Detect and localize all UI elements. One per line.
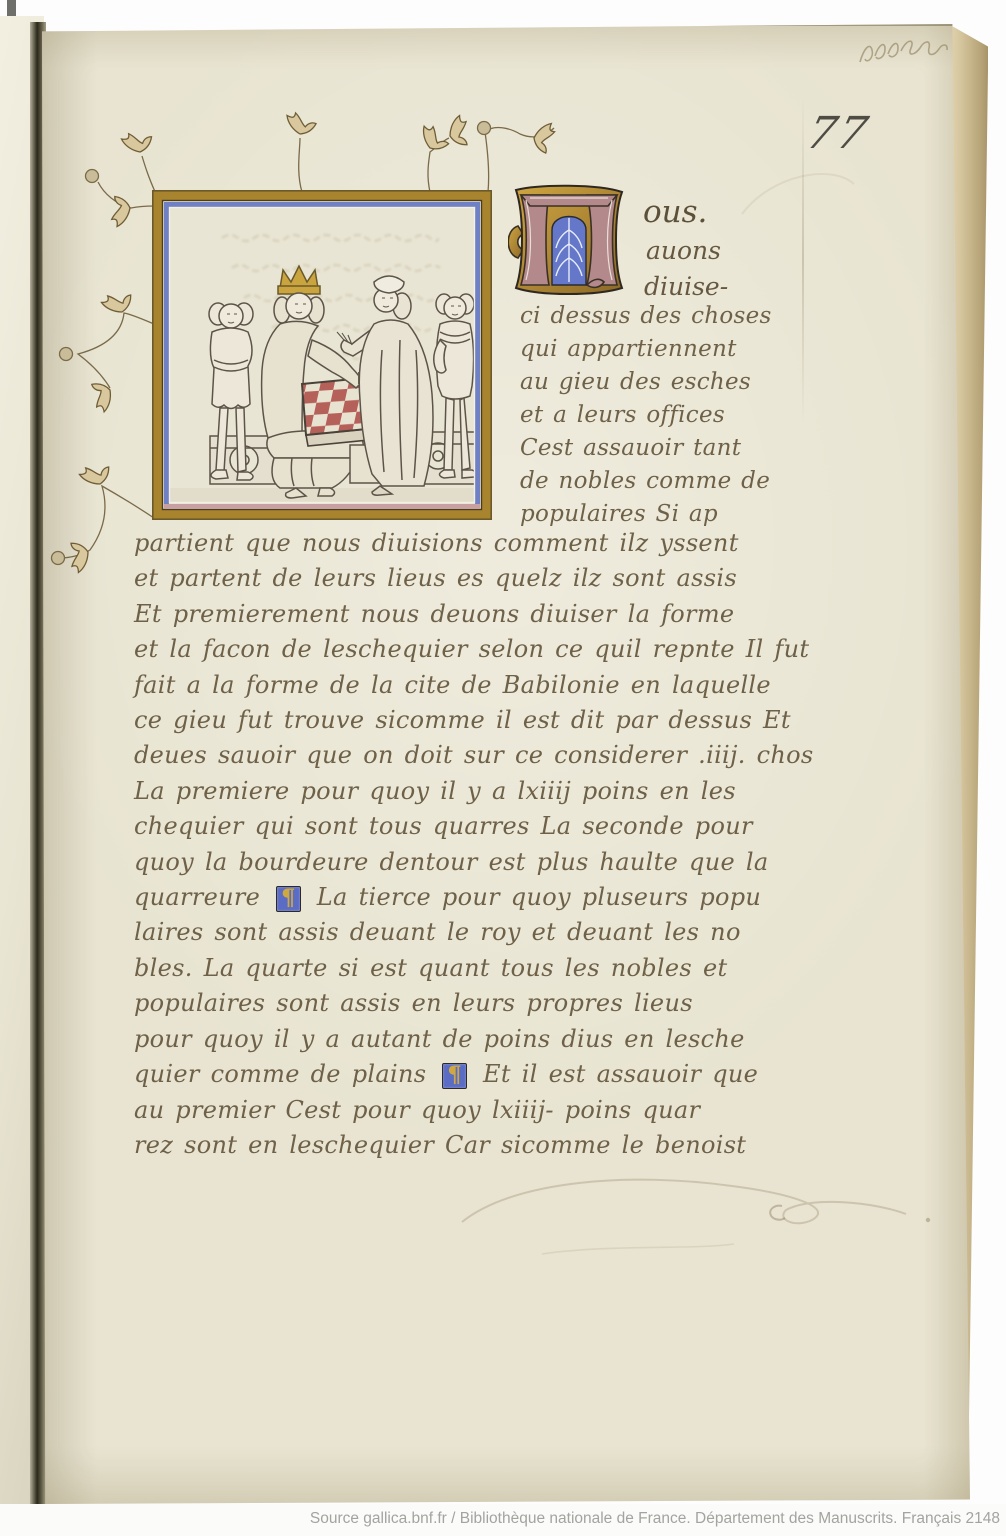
opening-word-1: ous. — [643, 194, 707, 230]
manuscript-page: ous. auons diuise- ci dessus des chosesq… — [42, 24, 970, 1504]
illuminated-initial-N — [508, 182, 630, 298]
pen-flourish — [422, 1150, 962, 1270]
manuscript-text-line: au premier Cest pour quoy lxiiij- poins … — [134, 1093, 813, 1128]
initial-counter — [552, 217, 586, 286]
manuscript-text-line: fait a la forme de la cite de Babilonie … — [134, 668, 813, 703]
text-block-main: partient que nous diuisions comment ilz … — [134, 526, 813, 1163]
inscription-scribble — [854, 30, 958, 72]
manuscript-text-line: et a leurs offices — [520, 399, 772, 432]
caption-bar: Source gallica.bnf.fr / Bibliothèque nat… — [0, 1504, 1006, 1536]
manuscript-text-line: partient que nous diuisions comment ilz … — [134, 526, 813, 561]
manuscript-text-line: bles. La quarte si est quant tous les no… — [134, 951, 813, 986]
manuscript-text-line: Et premierement nous deuons diuiser la f… — [134, 597, 813, 632]
manuscript-text-line: quoy la bourdeure dentour est plus hault… — [134, 845, 813, 880]
pilcrow-mark: ¶ — [442, 1063, 467, 1089]
manuscript-text-line: populaires sont assis en leurs propres l… — [134, 986, 813, 1021]
manuscript-text-line: quarreure ¶ La tierce pour quoy pluseurs… — [134, 880, 813, 915]
manuscript-text-line: ci dessus des choses — [520, 300, 772, 333]
manuscript-text-line: et partent de leurs lieus es quelz ilz s… — [134, 561, 813, 596]
pilcrow-mark: ¶ — [276, 886, 301, 912]
manuscript-text-line: ce gieu fut trouve sicomme il est dit pa… — [134, 703, 813, 738]
caption-text: Source gallica.bnf.fr / Bibliothèque nat… — [310, 1510, 1000, 1527]
manuscript-text-line: deues sauoir que on doit sur ce consider… — [134, 738, 813, 773]
opening-word-2: auons — [646, 236, 721, 265]
scanned-manuscript-image: ous. auons diuise- ci dessus des chosesq… — [0, 0, 1006, 1536]
manuscript-text-line: La premiere pour quoy il y a lxiiij poin… — [134, 774, 813, 809]
opening-word-3: diuise- — [644, 272, 728, 301]
manuscript-text-line: au gieu des esches — [520, 366, 772, 399]
chess-miniature — [152, 190, 492, 520]
manuscript-text-line: de nobles comme de — [520, 465, 772, 498]
manuscript-text-line: qui appartiennent — [520, 333, 772, 366]
manuscript-text-line: quier comme de plains ¶ Et il est assauo… — [134, 1057, 813, 1092]
manuscript-text-line: et la facon de leschequier selon ce quil… — [134, 632, 813, 667]
manuscript-text-line: Cest assauoir tant — [520, 432, 772, 465]
manuscript-text-line: pour quoy il y a autant de poins dius en… — [134, 1022, 813, 1057]
parchment-crease — [802, 94, 804, 424]
manuscript-text-line: chequier qui sont tous quarres La second… — [134, 809, 813, 844]
folio-number: 77 — [802, 108, 875, 159]
manuscript-text-line: laires sont assis deuant le roy et deuan… — [134, 915, 813, 950]
text-column-narrow: ci dessus des chosesqui appartiennentau … — [520, 300, 772, 531]
